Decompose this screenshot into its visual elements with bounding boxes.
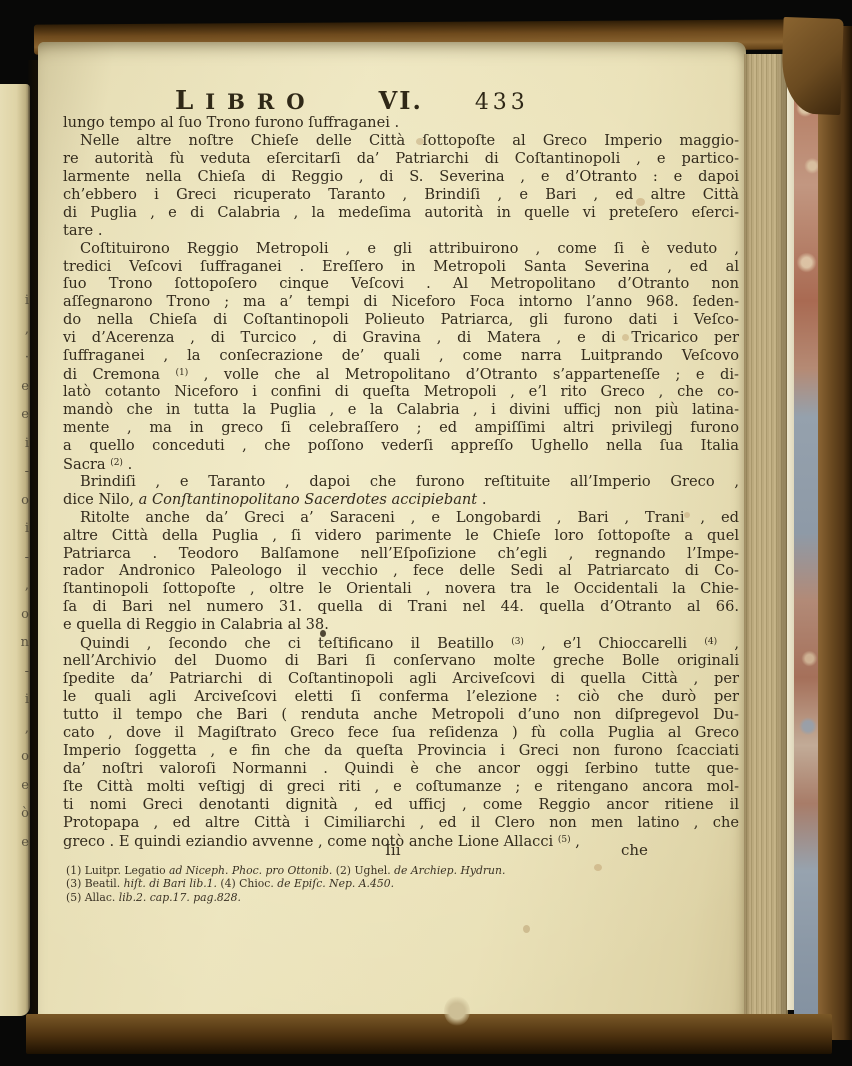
text-line: latò cotanto Niceforo i confini di queſt…	[63, 383, 739, 401]
text-segment: a quello conceduti , che poſſono vederſi…	[63, 437, 739, 454]
text-segment: ad Niceph. Phoc. pro Ottonib.	[169, 864, 332, 877]
text-segment: dice Nilo,	[63, 491, 139, 508]
text-line: cato , dove il Magiſtrato Greco fece ſua…	[63, 724, 739, 742]
text-segment: hiſt. di Bari lib.1.	[124, 877, 217, 890]
text-segment: di Cremona	[63, 366, 176, 383]
text-line: tare .	[63, 222, 739, 240]
text-segment: re autorità fù veduta eſercitarſi da’ Pa…	[63, 150, 739, 167]
text-segment: (4) Chioc.	[217, 877, 277, 890]
text-line: Quindi , ſecondo che ci teſtificano il B…	[63, 634, 739, 652]
text-segment: le quali agli Arciveſcovi eletti ſi conf…	[63, 688, 739, 705]
body-text: lungo tempo al ſuo Trono furono ſuffraga…	[63, 114, 739, 849]
page-header: LIBROVI.433	[63, 86, 739, 116]
text-segment: a Conſtantinopolitano Sacerdotes accipie…	[139, 491, 478, 508]
text-segment: ſuffraganei , la conſecrazione de’ quali…	[63, 347, 739, 364]
text-line: altre Città della Puglia , ſi videro par…	[63, 527, 739, 545]
text-segment: da’ noſtri valoroſi Normanni . Quindi è …	[63, 760, 739, 777]
text-segment: Brindiſi , e Taranto , dapoi che furono …	[80, 473, 739, 490]
catchline: Iii che	[63, 841, 739, 859]
text-segment: .	[123, 456, 132, 473]
text-segment: cato , dove il Magiſtrato Greco fece ſua…	[63, 724, 739, 741]
text-segment: , volle che al Metropolitano d’Otranto s…	[188, 366, 739, 383]
text-line: do nella Chieſa di Coſtantinopoli Polieu…	[63, 311, 739, 329]
footnotes: (1) Luitpr. Legatio ad Niceph. Phoc. pro…	[66, 864, 706, 904]
text-segment: ,	[717, 635, 739, 652]
text-line: tredici Veſcovi ſuffraganei . Ereſſero i…	[63, 258, 739, 276]
text-line: Protopapa , ed altre Città i Cimiliarchi…	[63, 814, 739, 832]
text-segment: .	[477, 491, 486, 508]
catchword: che	[621, 841, 648, 859]
text-segment: rador Andronico Paleologo il vecchio , f…	[63, 562, 739, 579]
text-line: mente , ma in greco ſi celebraſſero ; ed…	[63, 419, 739, 437]
text-segment: Sacra	[63, 456, 110, 473]
text-segment: tutto il tempo che Bari ( renduta anche …	[63, 706, 739, 723]
text-line: nell’Archivio del Duomo di Bari ſi conſe…	[63, 652, 739, 670]
text-line: vi d’Acerenza , di Turcico , di Gravina …	[63, 329, 739, 347]
text-line: Sacra (2) .	[63, 455, 739, 473]
text-segment: ſuo Trono ſottopoſero cinque Veſcovi . A…	[63, 275, 739, 292]
fore-edge-pages	[744, 54, 788, 1016]
text-segment: (3) Beatil.	[66, 877, 124, 890]
text-segment: e quella di Reggio in Calabria al 38.	[63, 616, 329, 633]
text-segment: Protopapa , ed altre Città i Cimiliarchi…	[63, 814, 739, 831]
text-line: ſuo Trono ſottopoſero cinque Veſcovi . A…	[63, 275, 739, 293]
text-segment: latò cotanto Niceforo i confini di queſt…	[63, 383, 739, 400]
signature-mark: Iii	[385, 841, 401, 859]
text-segment: ſpedite da’ Patriarchi di Coſtantinopoli…	[63, 670, 739, 687]
text-line: (1) Luitpr. Legatio ad Niceph. Phoc. pro…	[66, 864, 706, 877]
text-segment: (2) Ughel.	[332, 864, 394, 877]
text-line: Nelle altre noſtre Chieſe delle Città ſo…	[63, 132, 739, 150]
text-line: re autorità fù veduta eſercitarſi da’ Pa…	[63, 150, 739, 168]
chapter-numeral: VI.	[379, 86, 423, 115]
text-segment: Patriarca . Teodoro Balſamone nell’Eſpoſ…	[63, 545, 739, 562]
text-line: rador Andronico Paleologo il vecchio , f…	[63, 562, 739, 580]
text-line: Imperio ſoggetta , e fin che da queſta P…	[63, 742, 739, 760]
text-segment: ſa di Bari nel numero 31. quella di Tran…	[63, 598, 739, 615]
text-line: da’ noſtri valoroſi Normanni . Quindi è …	[63, 760, 739, 778]
text-line: ſte Città molti veſtigj di greci riti , …	[63, 778, 739, 796]
text-segment: Ritolte anche da’ Greci a’ Saraceni , e …	[80, 509, 739, 526]
text-line: di Puglia , e di Calabria , la medeſima …	[63, 204, 739, 222]
text-segment: Quindi , ſecondo che ci teſtificano il B…	[80, 635, 511, 652]
text-segment: tredici Veſcovi ſuffraganei . Ereſſero i…	[63, 258, 739, 275]
text-line: ſtantinopoli ſottopoſte , oltre le Orien…	[63, 580, 739, 598]
text-segment: ch’ebbero i Greci ricuperato Taranto , B…	[63, 186, 739, 203]
text-segment: (1) Luitpr. Legatio	[66, 864, 169, 877]
facing-page-sliver: i,·eei-oi-,on-i,oeòe	[0, 84, 30, 1016]
book-bottom-cover-edge	[26, 1014, 832, 1054]
text-line: le quali agli Arciveſcovi eletti ſi conf…	[63, 688, 739, 706]
text-line: di Cremona (1) , volle che al Metropolit…	[63, 365, 739, 383]
text-segment: Coſtituirono Reggio Metropoli , e gli at…	[80, 240, 739, 257]
text-segment: lungo tempo al ſuo Trono furono ſuffraga…	[63, 114, 399, 131]
text-segment: de Epiſc. Nep. A.450.	[277, 877, 394, 890]
text-line: aſſegnarono Trono ; ma a’ tempi di Nicef…	[63, 293, 739, 311]
text-line: Ritolte anche da’ Greci a’ Saraceni , e …	[63, 509, 739, 527]
footnote-ref: (1)	[176, 368, 189, 378]
book-title: LIBRO	[175, 86, 317, 116]
text-segment: ti nomi Greci denotanti dignità , ed uff…	[63, 796, 739, 813]
text-segment: Nelle altre noſtre Chieſe delle Città ſo…	[80, 132, 739, 149]
text-segment: mente , ma in greco ſi celebraſſero ; ed…	[63, 419, 739, 436]
footnote-ref: (3)	[511, 637, 524, 647]
text-line: lungo tempo al ſuo Trono furono ſuffraga…	[63, 114, 739, 132]
text-segment: larmente nella Chieſa di Reggio , di S. …	[63, 168, 739, 185]
text-line: ſuffraganei , la conſecrazione de’ quali…	[63, 347, 739, 365]
book-right-cover-edge	[818, 26, 852, 1040]
text-segment: tare .	[63, 222, 102, 239]
text-segment: Imperio ſoggetta , e fin che da queſta P…	[63, 742, 739, 759]
text-line: dice Nilo, a Conſtantinopolitano Sacerdo…	[63, 491, 739, 509]
text-segment: ſte Città molti veſtigj di greci riti , …	[63, 778, 739, 795]
text-line: Coſtituirono Reggio Metropoli , e gli at…	[63, 240, 739, 258]
page-number: 433	[475, 90, 529, 115]
text-line: ch’ebbero i Greci ricuperato Taranto , B…	[63, 186, 739, 204]
text-line: Brindiſi , e Taranto , dapoi che furono …	[63, 473, 739, 491]
text-line: ti nomi Greci denotanti dignità , ed uff…	[63, 796, 739, 814]
text-line: tutto il tempo che Bari ( renduta anche …	[63, 706, 739, 724]
footnote-ref: (2)	[110, 458, 123, 468]
text-segment: aſſegnarono Trono ; ma a’ tempi di Nicef…	[63, 293, 739, 310]
text-segment: (5) Allac.	[66, 891, 119, 904]
text-line: Patriarca . Teodoro Balſamone nell’Eſpoſ…	[63, 545, 739, 563]
text-line: ſa di Bari nel numero 31. quella di Tran…	[63, 598, 739, 616]
text-line: (5) Allac. lib.2. cap.17. pag.828.	[66, 891, 706, 904]
text-line: a quello conceduti , che poſſono vederſi…	[63, 437, 739, 455]
text-segment: de Archiep. Hydrun.	[394, 864, 505, 877]
text-line: (3) Beatil. hiſt. di Bari lib.1. (4) Chi…	[66, 877, 706, 890]
text-line: ſpedite da’ Patriarchi di Coſtantinopoli…	[63, 670, 739, 688]
text-segment: vi d’Acerenza , di Turcico , di Gravina …	[63, 329, 739, 346]
text-segment: di Puglia , e di Calabria , la medeſima …	[63, 204, 739, 221]
text-segment: do nella Chieſa di Coſtantinopoli Polieu…	[63, 311, 739, 328]
text-segment: , e’l Chioccarelli	[524, 635, 704, 652]
footnote-ref: (4)	[704, 637, 717, 647]
text-line: mandò che in tutta la Puglia , e la Cala…	[63, 401, 739, 419]
text-segment: nell’Archivio del Duomo di Bari ſi conſe…	[63, 652, 739, 669]
text-segment: mandò che in tutta la Puglia , e la Cala…	[63, 401, 739, 418]
text-segment: ſtantinopoli ſottopoſte , oltre le Orien…	[63, 580, 739, 597]
text-segment: lib.2. cap.17. pag.828.	[119, 891, 241, 904]
text-line: e quella di Reggio in Calabria al 38.	[63, 616, 739, 634]
text-line: larmente nella Chieſa di Reggio , di S. …	[63, 168, 739, 186]
text-segment: altre Città della Puglia , ſi videro par…	[63, 527, 739, 544]
